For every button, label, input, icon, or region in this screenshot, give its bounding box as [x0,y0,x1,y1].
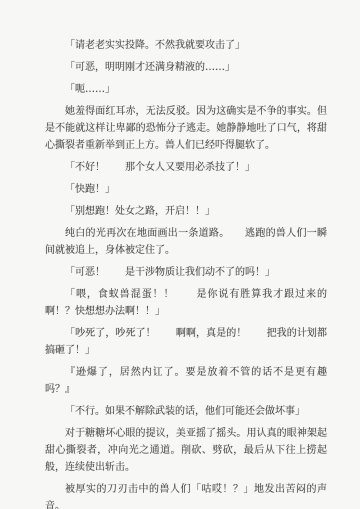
paragraph: 「喂，食蚁兽混蛋！！ 是你说有胜算我才跟过来的啊！？快想想办法啊！！」 [45,286,327,320]
paragraph: 对于糖糖坏心眼的提议，美亚摇了摇头。用认真的眼神架起甜心撕裂者，冲向光之通道。削… [45,425,327,476]
paragraph: 「别想跑！处女之路，开启！！」 [45,203,327,220]
reader-page: 「请老老实实投降。不然我就要攻击了」「可恶，明明刚才还满身精液的……」「呃……」… [0,0,360,509]
paragraph: 「吵死了，吵死了！ 啊啊，真是的！ 把我的计划都搞砸了！」 [45,325,327,359]
paragraph: 「呃……」 [45,81,327,98]
paragraph: 『逊爆了，居然内讧了。要是放着不管的话不是更有趣吗？』 [45,364,327,398]
paragraph: 她羞得面红耳赤，无法反驳。因为这确实是不争的事实。但是不能就这样让卑鄙的恐怖分子… [45,103,327,154]
paragraph: 纯白的光再次在地面画出一条道路。 逃跑的兽人们一瞬间就被追上，身体被定住了。 [45,225,327,259]
paragraph: 「快跑！」 [45,181,327,198]
paragraph: 「不好！ 那个女人又要用必杀技了！」 [45,159,327,176]
novel-text-block: 「请老老实实投降。不然我就要攻击了」「可恶，明明刚才还满身精液的……」「呃……」… [45,37,327,509]
paragraph: 「不行。如果不解除武装的话，他们可能还会做坏事」 [45,403,327,420]
paragraph: 「请老老实实投降。不然我就要攻击了」 [45,37,327,54]
paragraph: 「可恶！ 是干涉物质让我们动不了的吗！」 [45,264,327,281]
paragraph: 被厚实的刀刃击中的兽人们「咕哎！？」地发出苦闷的声音。 [45,481,327,509]
paragraph: 「可恶，明明刚才还满身精液的……」 [45,59,327,76]
